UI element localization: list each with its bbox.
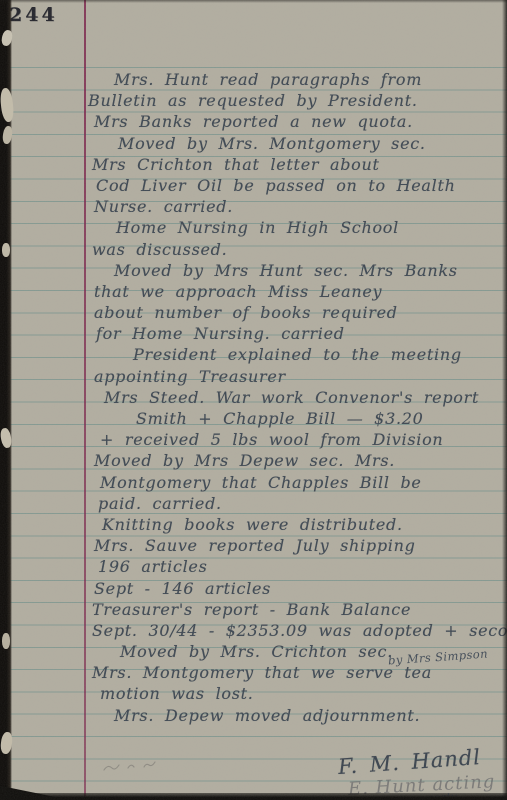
minutes-line: 196 articles xyxy=(88,556,504,577)
minutes-line: about number of books required xyxy=(88,302,504,323)
minutes-line: Sept. 30/44 - $2353.09 was adopted + sec… xyxy=(88,620,504,641)
minutes-line: Nurse. carried. xyxy=(88,196,504,217)
minutes-line: Smith + Chapple Bill — $3.20 xyxy=(88,408,504,429)
minutes-line: was discussed. xyxy=(88,239,504,260)
minutes-line: + received 5 lbs wool from Division xyxy=(88,429,504,450)
minutes-line: Mrs. Sauve reported July shipping xyxy=(88,535,504,556)
ledger-page: 244 Mrs. Hunt read paragraphs from Bulle… xyxy=(0,0,507,800)
minutes-line: President explained to the meeting xyxy=(88,344,504,365)
minutes-line: paid. carried. xyxy=(88,493,504,514)
torn-paper-bit xyxy=(2,633,10,649)
minutes-line: Montgomery that Chapples Bill be xyxy=(88,472,504,493)
minutes-line: Home Nursing in High School xyxy=(88,217,504,238)
page-number: 244 xyxy=(9,4,58,26)
minutes-line: Moved by Mrs Hunt sec. Mrs Banks xyxy=(88,260,504,281)
minutes-line: Knitting books were distributed. xyxy=(88,514,504,535)
margin-line xyxy=(84,0,86,800)
minutes-line: Mrs Steed. War work Convenor's report xyxy=(88,387,504,408)
minutes-line: Treasurer's report - Bank Balance xyxy=(88,599,504,620)
minutes-line: Moved by Mrs Depew sec. Mrs. xyxy=(88,450,504,471)
torn-paper-bit xyxy=(2,243,10,257)
minutes-line: appointing Treasurer xyxy=(88,366,504,387)
minutes-line: motion was lost. xyxy=(88,683,504,704)
pencil-scribble xyxy=(100,758,170,776)
photo-edge-bottom xyxy=(0,793,507,800)
minutes-line: that we approach Miss Leaney xyxy=(88,281,504,302)
minutes-line: Bulletin as requested by President. xyxy=(88,90,504,111)
minutes-line: Mrs Banks reported a new quota. xyxy=(88,111,504,132)
minutes-line: Sept - 146 articles xyxy=(88,578,504,599)
minutes-line: Moved by Mrs. Montgomery sec. xyxy=(88,133,504,154)
minutes-line: for Home Nursing. carried xyxy=(88,323,504,344)
photo-edge-top xyxy=(0,0,507,3)
minutes-line: Cod Liver Oil be passed on to Health xyxy=(88,175,504,196)
minutes-line: Mrs. Depew moved adjournment. xyxy=(88,705,504,726)
minutes-text: Mrs. Hunt read paragraphs from Bulletin … xyxy=(88,69,504,726)
minutes-line: Mrs. Montgomery that we serve tea xyxy=(88,662,504,683)
photo-edge-right xyxy=(502,0,507,800)
minutes-line: Mrs Crichton that letter about xyxy=(88,154,504,175)
minutes-line: Mrs. Hunt read paragraphs from xyxy=(88,69,504,90)
